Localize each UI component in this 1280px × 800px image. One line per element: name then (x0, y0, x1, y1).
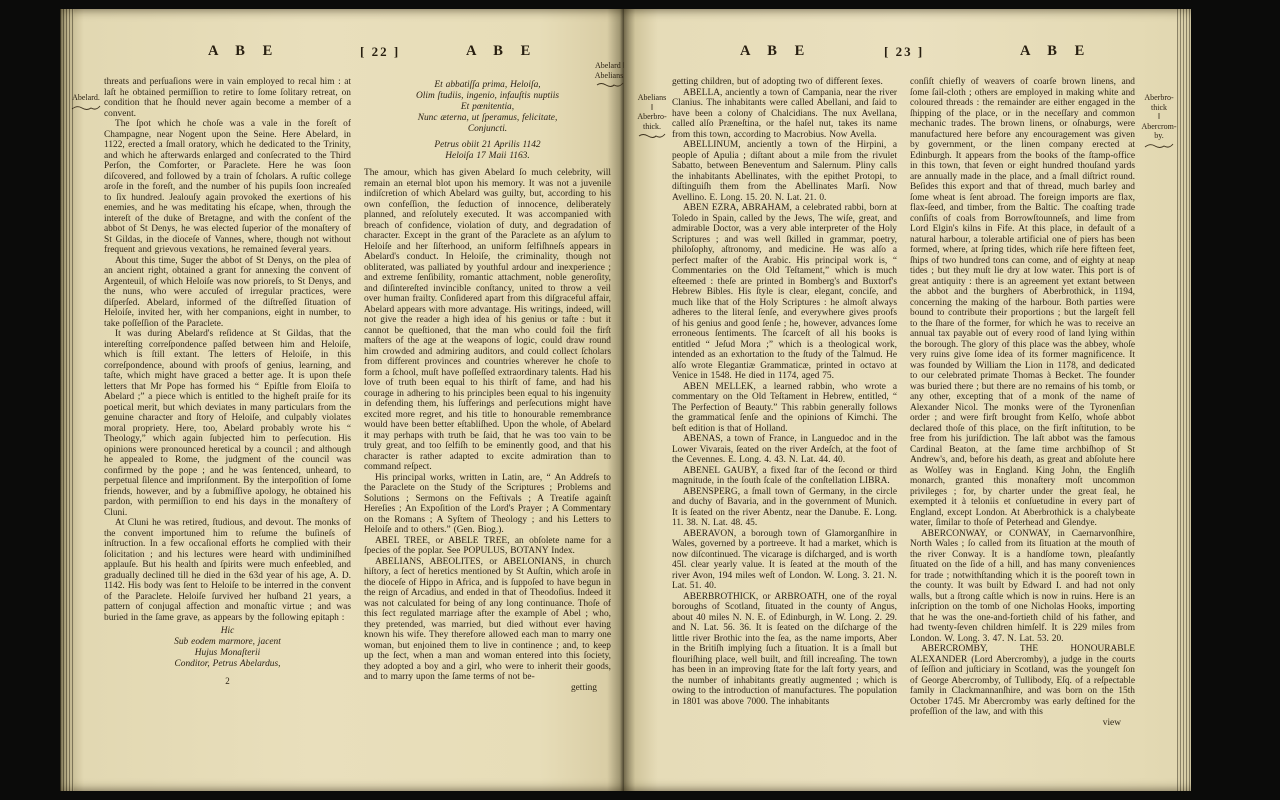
column-gutter (897, 77, 910, 753)
running-head-left: A B E [ 22 ] A B E (68, 43, 616, 69)
text-block-right: Abelians ‖ Aberbro- thick. getting child… (632, 77, 1183, 753)
epitaph-dates: Petrus obiit 21 Aprilis 1142 Heloiſa 17 … (364, 140, 611, 162)
margin-note-text: Abelard. (68, 93, 104, 103)
entry-paragraph: ABEL TREE, or ABELE TREE, an obſolete na… (364, 536, 611, 557)
epitaph-line: Nunc æterna, ut ſperamus, felicitate, (364, 113, 611, 124)
running-head-letters: A B E (208, 43, 279, 60)
inner-margin-spacer (611, 77, 616, 753)
entry-paragraph: ABEN MELLEK, a learned rabbin, who wrote… (672, 382, 897, 435)
entry-paragraph: threats and perſuaſions were in vain emp… (104, 77, 351, 119)
margin-flourish-icon (71, 104, 101, 112)
epitaph-date-line: Petrus obiit 21 Aprilis 1142 (364, 140, 611, 151)
catchword: view (910, 718, 1135, 729)
margin-flourish-icon (596, 81, 624, 89)
page-right-content: A B E [ 23 ] A B E Abelians ‖ Aberbro- t… (624, 9, 1191, 791)
signature-mark: 2 (104, 676, 351, 687)
margin-note-text: thick (1135, 103, 1183, 113)
epitaph-block: Hic Sub eodem marmore, jacent Hujus Mona… (104, 626, 351, 670)
epitaph-line: Et pœnitentia, (364, 102, 611, 113)
column-gutter (351, 77, 364, 753)
margin-note-gutter-left-page: Abelard ‖ Abelians. (590, 61, 624, 89)
margin-flourish-icon (1144, 142, 1174, 150)
margin-note-text: Aberbro- (1135, 93, 1183, 103)
entry-paragraph: getting children, but of adopting two of… (672, 77, 897, 88)
margin-note-text: Abelians. (595, 71, 624, 80)
entry-paragraph: The ſpot which he choſe was a vale in th… (104, 119, 351, 256)
entry-paragraph: ABERCROMBY, THE HONOURABLE ALEXANDER (Lo… (910, 644, 1135, 718)
margin-note-gutter-right-page: Abelians ‖ Aberbro- thick. (632, 77, 672, 753)
epitaph-line: Hic (104, 626, 351, 637)
entry-paragraph: ABENSPERG, a ſmall town of Germany, in t… (672, 487, 897, 529)
entry-paragraph: ABENAS, a town of France, in Languedoc a… (672, 434, 897, 466)
column-2-right-page: conſiſt chiefly of weavers of coarſe bro… (910, 77, 1135, 753)
epitaph-line: Conditor, Petrus Abelardus, (104, 659, 351, 670)
epitaph-block-continued: Et abbatiſſa prima, Heloiſa, Olim ſtudii… (364, 80, 611, 135)
epitaph-line: Et abbatiſſa prima, Heloiſa, (364, 80, 611, 91)
margin-note-text: Abelians (632, 93, 672, 103)
margin-note-separator: ‖ (1135, 112, 1183, 122)
column-2-left-page: Et abbatiſſa prima, Heloiſa, Olim ſtudii… (364, 77, 611, 753)
running-head-letters: A B E (740, 43, 811, 60)
entry-paragraph: ABENEL GAUBY, a fixed ſtar of the ſecond… (672, 466, 897, 487)
entry-paragraph: ABERAVON, a borough town of Glamorganſhi… (672, 529, 897, 592)
margin-note-separator: ‖ (623, 61, 624, 70)
running-head-letters: A B E (466, 43, 537, 60)
margin-note-text: Abelard (595, 61, 621, 70)
entry-paragraph: ABEN EZRA, ABRAHAM, a celebrated rabbi, … (672, 203, 897, 382)
margin-flourish-icon (638, 132, 666, 140)
entry-paragraph: ABELLINUM, anciently a town of the Hirpi… (672, 140, 897, 203)
margin-note-text: Abercrom- (1135, 122, 1183, 132)
epitaph-line: Conjuncti. (364, 124, 611, 135)
entry-paragraph: About this time, Suger the abbot of St D… (104, 256, 351, 330)
column-1-left-page: threats and perſuaſions were in vain emp… (104, 77, 351, 753)
entry-paragraph: It was during Abelard's reſidence at St … (104, 329, 351, 518)
margin-note-outer-right-page: Aberbro- thick ‖ Abercrom- by. (1135, 77, 1183, 753)
entry-paragraph: At Cluni he was retired, ſtudious, and d… (104, 518, 351, 623)
entry-paragraph: conſiſt chiefly of weavers of coarſe bro… (910, 77, 1135, 529)
epitaph-line: Sub eodem marmore, jacent (104, 637, 351, 648)
page-number: [ 23 ] (884, 44, 924, 60)
entry-paragraph: ABELIANS, ABEOLITES, or ABELONIANS, in c… (364, 557, 611, 683)
margin-note-text: thick. (632, 122, 672, 132)
running-head-right: A B E [ 23 ] A B E (632, 43, 1183, 69)
page-left: A B E [ 22 ] A B E Abelard. threats and … (60, 9, 624, 791)
column-1-right-page: getting children, but of adopting two of… (672, 77, 897, 753)
epitaph-line: Hujus Monaſterii (104, 648, 351, 659)
entry-paragraph: ABERCONWAY, or CONWAY, in Caernarvonſhir… (910, 529, 1135, 645)
page-right: A B E [ 23 ] A B E Abelians ‖ Aberbro- t… (624, 9, 1191, 791)
text-block-left: Abelard. threats and perſuaſions were in… (68, 77, 616, 753)
epitaph-date-line: Heloiſa 17 Maii 1163. (364, 151, 611, 162)
entry-paragraph: ABELLA, anciently a town of Campania, ne… (672, 88, 897, 141)
page-left-content: A B E [ 22 ] A B E Abelard. threats and … (60, 9, 624, 791)
entry-paragraph: ABERBROTHICK, or ARBROATH, one of the ro… (672, 592, 897, 708)
book-spread: A B E [ 22 ] A B E Abelard. threats and … (60, 9, 1191, 791)
page-number: [ 22 ] (360, 44, 400, 60)
margin-note-separator: ‖ (632, 103, 672, 113)
margin-note-text: Aberbro- (632, 112, 672, 122)
entry-paragraph: His principal works, written in Latin, a… (364, 473, 611, 536)
margin-note-text: by. (1135, 131, 1183, 141)
margin-note-abelard: Abelard. (68, 77, 104, 753)
epitaph-line: Olim ſtudiis, ingenio, infauſtis nuptiis (364, 91, 611, 102)
running-head-letters: A B E (1020, 43, 1091, 60)
catchword: getting (364, 683, 611, 694)
entry-paragraph: The amour, which has given Abelard ſo mu… (364, 168, 611, 473)
